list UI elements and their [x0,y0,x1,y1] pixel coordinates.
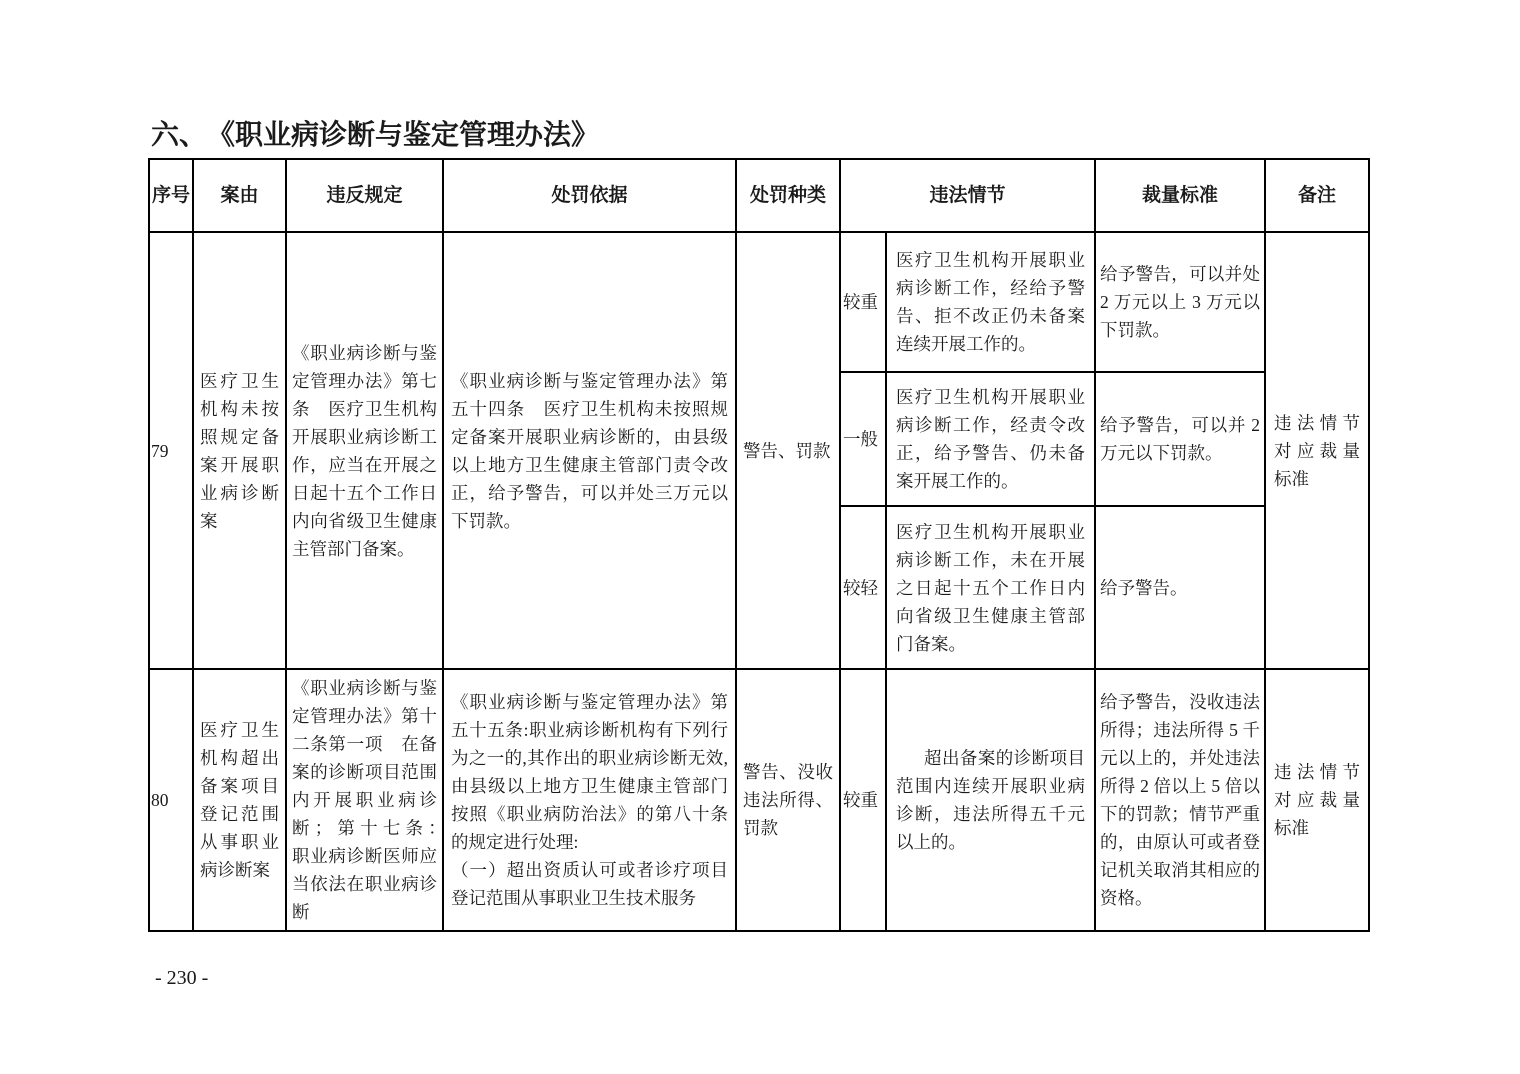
row-79-circumstance-1: 医疗卫生机构开展职业病诊断工作，经给予警告、拒不改正仍未备案连续开展工作的。 [886,232,1095,372]
row-79-circumstance-3: 医疗卫生机构开展职业病诊断工作，未在开展之日起十五个工作日内向省级卫生健康主管部… [886,506,1095,669]
header-cell-penalty-type: 处罚种类 [736,159,840,232]
penalty-discretion-table: 序号 案由 违反规定 处罚依据 处罚种类 违法情节 裁量标准 备注 79 医疗卫… [148,158,1370,932]
row-80-circumstance-1: 超出备案的诊断项目范围内连续开展职业病诊断，违法所得五千元以上的。 [886,669,1095,931]
row-80: 80 医疗卫生机构超出备案项目登记范围从事职业病诊断案 《职业病诊断与鉴定管理办… [149,669,1369,931]
row-80-severity-1: 较重 [840,669,886,931]
row-79-standard-1: 给予警告，可以并处 2 万元以上 3 万元以下罚款。 [1095,232,1265,372]
header-cell-circumstance: 违法情节 [840,159,1095,232]
row-80-standard-1: 给予警告，没收违法所得；违法所得 5 千元以上的，并处违法所得 2 倍以上 5 … [1095,669,1265,931]
header-cell-violation: 违反规定 [286,159,443,232]
row-79-violation: 《职业病诊断与鉴定管理办法》第七条 医疗卫生机构开展职业病诊断工作，应当在开展之… [286,232,443,669]
row-80-cause: 医疗卫生机构超出备案项目登记范围从事职业病诊断案 [193,669,286,931]
row-80-number: 80 [149,669,193,931]
row-79-severity-3: 较轻 [840,506,886,669]
page-number: - 230 - [155,966,208,990]
header-cell-remark: 备注 [1265,159,1369,232]
row-79-cause: 医疗卫生机构未按照规定备案开展职业病诊断案 [193,232,286,669]
row-79-basis: 《职业病诊断与鉴定管理办法》第五十四条 医疗卫生机构未按照规定备案开展职业病诊断… [443,232,736,669]
row-79-severity-2: 一般 [840,372,886,506]
header-cell-cause: 案由 [193,159,286,232]
page-title: 六、 《职业病诊断与鉴定管理办法》 [151,117,599,153]
row-80-violation: 《职业病诊断与鉴定管理办法》第十二条第一项 在备案的诊断项目范围内开展职业病诊断… [286,669,443,931]
header-cell-basis: 处罚依据 [443,159,736,232]
header-cell-no: 序号 [149,159,193,232]
row-79-subrow-1: 79 医疗卫生机构未按照规定备案开展职业病诊断案 《职业病诊断与鉴定管理办法》第… [149,232,1369,372]
table-header-row: 序号 案由 违反规定 处罚依据 处罚种类 违法情节 裁量标准 备注 [149,159,1369,232]
row-80-remark: 违法情节对应裁量标准 [1265,669,1369,931]
row-79-remark: 违法情节对应裁量标准 [1265,232,1369,669]
row-79-standard-2: 给予警告，可以并 2 万元以下罚款。 [1095,372,1265,506]
row-79-penalty-type: 警告、罚款 [736,232,840,669]
row-80-basis: 《职业病诊断与鉴定管理办法》第五十五条:职业病诊断机构有下列行为之一的,其作出的… [443,669,736,931]
row-79-standard-3: 给予警告。 [1095,506,1265,669]
row-79-severity-1: 较重 [840,232,886,372]
header-cell-standard: 裁量标准 [1095,159,1265,232]
row-79-number: 79 [149,232,193,669]
row-79-circumstance-2: 医疗卫生机构开展职业病诊断工作，经责令改正，给予警告、仍未备案开展工作的。 [886,372,1095,506]
row-80-penalty-type: 警告、没收违法所得、罚款 [736,669,840,931]
